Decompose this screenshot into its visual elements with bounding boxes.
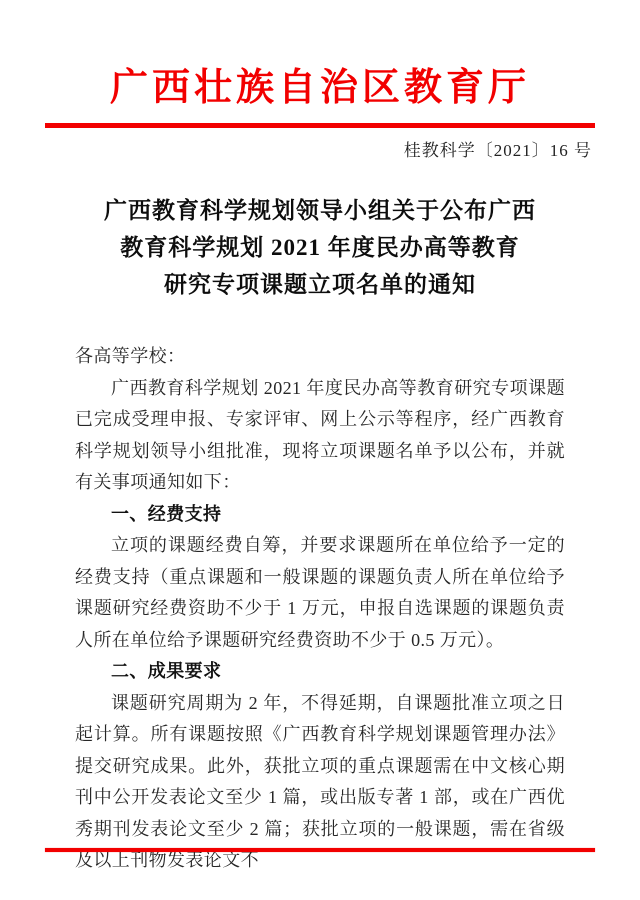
section-paragraph-funding: 立项的课题经费自筹，并要求课题所在单位给予一定的经费支持（重点课题和一般课题的课… [75, 530, 565, 656]
salutation: 各高等学校： [75, 341, 565, 373]
notice-title-line-2: 教育科学规划 2021 年度民办高等教育 [0, 229, 640, 266]
notice-title: 广西教育科学规划领导小组关于公布广西 教育科学规划 2021 年度民办高等教育 … [0, 192, 640, 303]
intro-paragraph: 广西教育科学规划 2021 年度民办高等教育研究专项课题已完成受理申报、专家评审… [75, 373, 565, 499]
doc-number: 桂教科学〔2021〕16 号 [0, 140, 640, 162]
notice-title-line-1: 广西教育科学规划领导小组关于公布广西 [0, 192, 640, 229]
document-page: 广西壮族自治区教育厅 桂教科学〔2021〕16 号 广西教育科学规划领导小组关于… [0, 0, 640, 900]
notice-body: 各高等学校： 广西教育科学规划 2021 年度民办高等教育研究专项课题已完成受理… [75, 341, 565, 877]
letterhead-divider [45, 123, 595, 128]
notice-title-line-3: 研究专项课题立项名单的通知 [0, 266, 640, 303]
footer-divider [45, 848, 595, 852]
section-heading-results: 二、成果要求 [75, 656, 565, 688]
section-heading-funding: 一、经费支持 [75, 499, 565, 531]
letterhead-title: 广西壮族自治区教育厅 [0, 66, 640, 110]
